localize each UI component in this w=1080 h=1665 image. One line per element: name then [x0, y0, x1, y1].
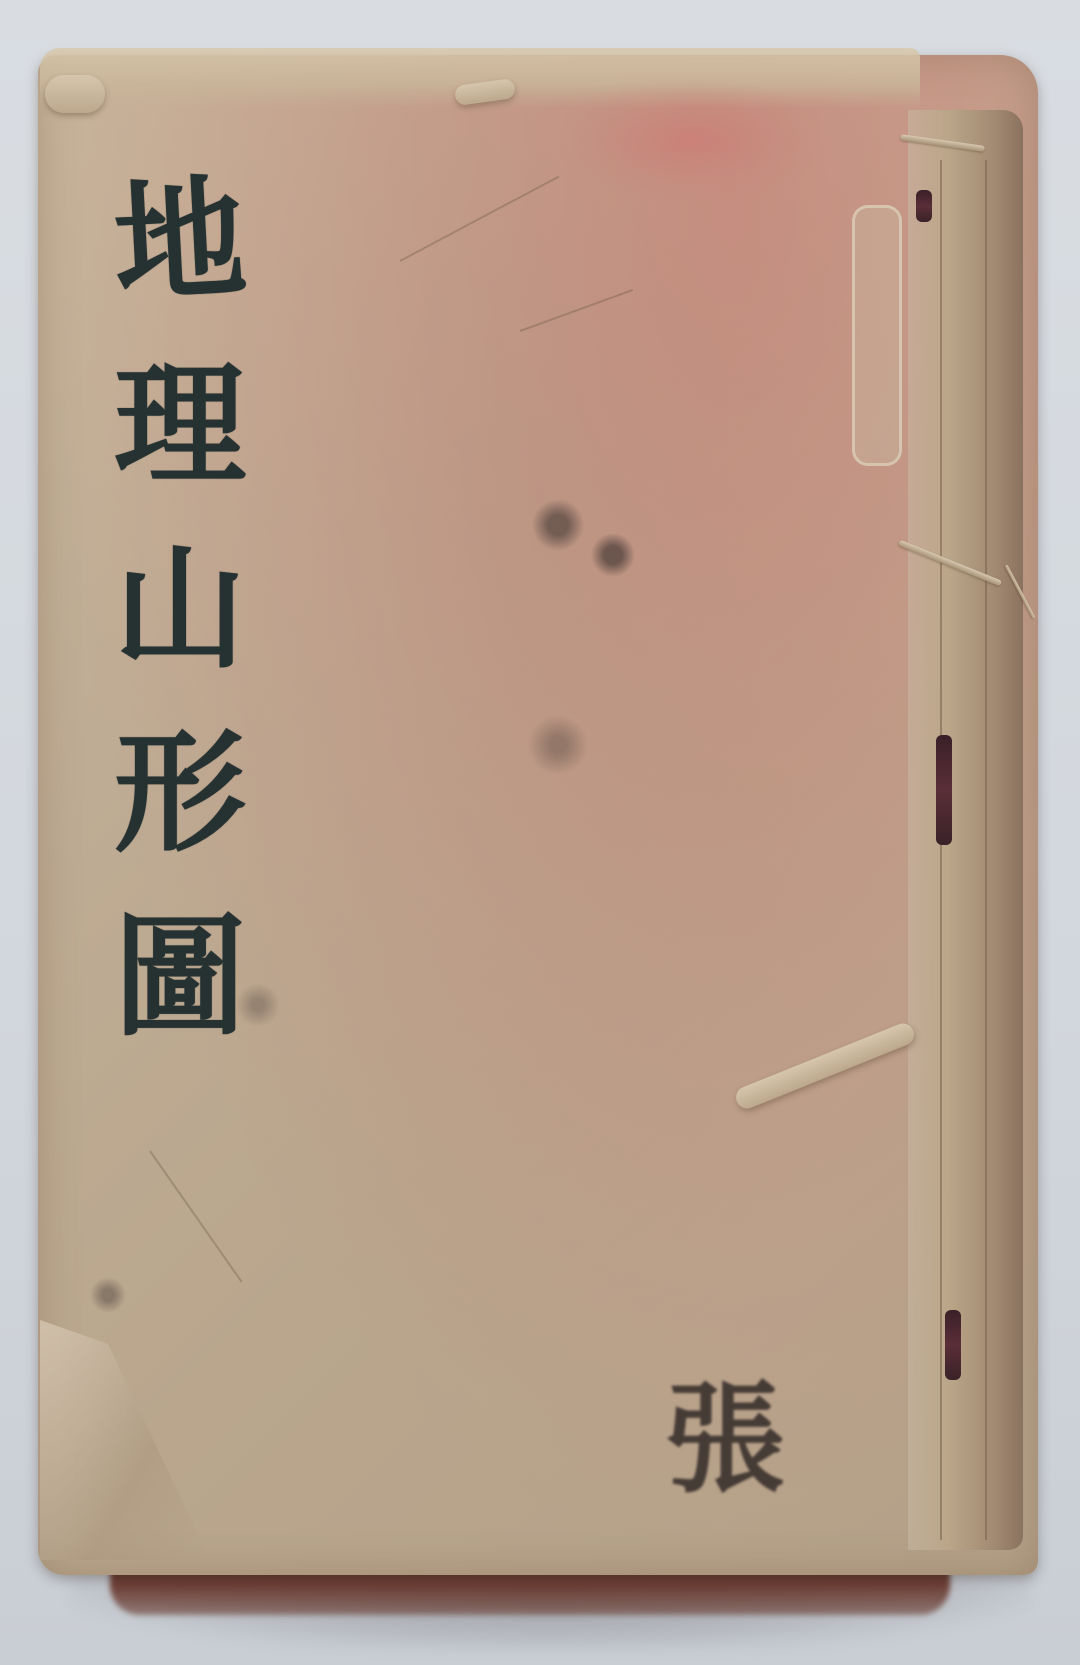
- paper-strip: [852, 205, 902, 466]
- stitch-hole: [936, 735, 952, 845]
- title-char: 地: [109, 147, 250, 338]
- title-char: 理: [114, 334, 246, 518]
- stitch-hole: [945, 1310, 961, 1380]
- spine-fold-line: [985, 160, 987, 1540]
- stitch-hole: [916, 190, 932, 222]
- owner-name-mark: 張: [650, 1365, 800, 1515]
- torn-paper-flap: [45, 75, 105, 113]
- spine-fold-line: [940, 160, 942, 1540]
- title-char: 山: [114, 518, 246, 702]
- cover-title: 地 理 山 形 圖: [100, 150, 260, 1070]
- book-spine: [908, 110, 1023, 1550]
- title-char: 圖: [114, 886, 246, 1070]
- title-char: 形: [114, 702, 246, 886]
- red-stain: [560, 80, 820, 200]
